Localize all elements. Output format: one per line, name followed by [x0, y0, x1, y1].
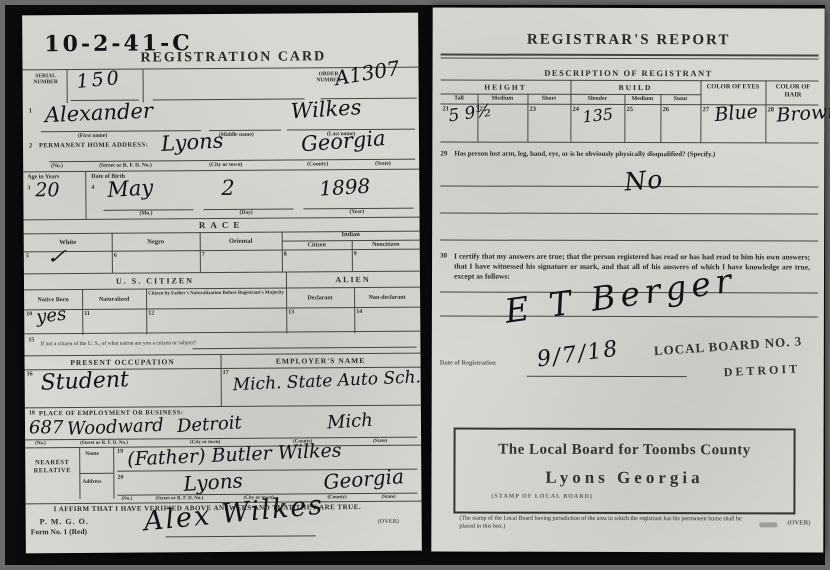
divider-line [441, 80, 819, 82]
hair-color-value: Brown [776, 100, 830, 126]
middle-name-sublabel: (Middle name) [219, 132, 254, 138]
stamp-box: The Local Board for Toombs County Lyons … [453, 428, 795, 515]
page-title: REGISTRATION CARD [140, 49, 326, 66]
report-title: REGISTRAR'S REPORT [433, 31, 825, 49]
address-sublabel-state: (State) [375, 161, 391, 167]
birth-day-value: 2 [221, 176, 235, 200]
nation-row-number: 15 [28, 337, 34, 343]
build-value: 135 [582, 104, 614, 126]
citizen-col-declarant-label: Declarant [286, 295, 354, 301]
employment-state-value: Mich [326, 410, 373, 434]
serial-number-value: 150 [76, 67, 123, 93]
relative-name-number: 19 [117, 449, 123, 455]
race-col-white-label: White [24, 239, 112, 247]
divider-line [153, 98, 305, 100]
stamp-box-footnote: (The stamp of the Local Board having jur… [459, 516, 751, 532]
tall-col-label: Tall [440, 96, 477, 102]
citizen-cell-12-number: 12 [148, 310, 154, 316]
nearest-relative-label: NEAREST RELATIVE [27, 459, 77, 474]
serial-number-label: SERIAL NUMBER [26, 73, 66, 85]
occupation-value: Student [40, 367, 129, 396]
divider-line [24, 287, 420, 291]
race-col-negro-label: Negro [112, 238, 200, 246]
address-row-number: 2 [29, 142, 32, 149]
race-col-indian-noncitizen-label: Noncitizen [352, 242, 420, 248]
citizen-col-naturalized-label: Naturalized [82, 297, 146, 303]
relative-sublabel-county: (County) [327, 495, 346, 500]
citizen-col-nondeclarant-label: Non-declarant [354, 295, 420, 301]
divider-line [24, 249, 420, 253]
divider-line [440, 316, 818, 318]
address-sublabel-county: (County) [307, 161, 328, 167]
employment-no-value: 687 [29, 417, 64, 438]
form-org-label: P. M. G. O. [40, 517, 89, 526]
divider-line [166, 535, 316, 537]
nation-question-label: If not a citizen of the U. S., of what n… [40, 340, 196, 347]
address-sublabel-street: (Street or R. F. D. No.) [99, 162, 152, 168]
citizen-col-father-label: Citizen by Father's Naturalization Befor… [148, 291, 284, 297]
divider-line [765, 80, 766, 142]
q29-text: Has person lost arm, leg, hand, eye, or … [454, 150, 814, 160]
cell-23-number: 23 [529, 106, 536, 113]
employer-header: EMPLOYER'S NAME [221, 356, 421, 366]
divider-line [660, 94, 661, 142]
illegible-form-code [759, 522, 777, 527]
home-state-value: Georgia [300, 126, 386, 156]
first-name-value: Alexander [44, 99, 153, 128]
race-section-header: RACE [24, 219, 420, 232]
divider-line [440, 240, 818, 242]
divider-line [440, 213, 818, 215]
q29-number: 29 [440, 150, 447, 158]
citizen-cell-13-number: 13 [288, 309, 294, 315]
q29-answer: No [623, 164, 664, 196]
name-row-number: 1 [29, 107, 32, 114]
stout-col-label: Stout [660, 96, 700, 102]
divider-line [113, 447, 114, 499]
divider-line [143, 69, 144, 103]
employer-number: 17 [223, 370, 229, 376]
relative-address-number: 20 [117, 475, 123, 481]
employer-value: Mich. State Auto Sch. [232, 367, 421, 395]
relative-name-value: (Father) Butler Wilkes [127, 439, 342, 470]
divider-line [79, 473, 113, 474]
birth-year-value: 1898 [319, 174, 371, 201]
divider-line [527, 376, 687, 377]
stamp-box-line2: Lyons Georgia [467, 468, 781, 489]
cell-22-number: 22 [479, 106, 486, 113]
divider-line [85, 171, 86, 219]
divider-line [441, 54, 819, 57]
race-col-indian-label: Indian [282, 231, 420, 239]
q30-number: 30 [440, 252, 447, 260]
divider-line [624, 94, 625, 142]
stamp-box-line1: The Local Board for Toombs County [468, 442, 782, 460]
slender-col-label: Slender [570, 96, 624, 102]
relative-name-label: Name [85, 451, 99, 457]
registration-date-value: 9/7/18 [535, 336, 620, 372]
divider-line [82, 289, 83, 335]
divider-line [700, 80, 701, 142]
eye-color-value: Blue [714, 100, 759, 126]
relative-city-value: Lyons [183, 468, 244, 495]
relative-state-value: Georgia [323, 464, 405, 494]
citizen-cell-14-number: 14 [356, 309, 362, 315]
relative-sublabel-no: (No.) [121, 497, 132, 502]
relative-address-label: Address [82, 479, 101, 485]
divider-line [192, 347, 416, 350]
divider-line [23, 169, 419, 173]
over-label: (OVER) [787, 519, 810, 526]
hair-group-header: COLOR OF HAIR [767, 83, 818, 98]
employment-city-value: Detroit [176, 412, 242, 437]
cell-24-number: 24 [572, 106, 579, 113]
cell-26-number: 26 [662, 106, 669, 113]
form-number-label: Form No. 1 (Red) [31, 527, 87, 536]
registration-card-page: 10-2-41-C REGISTRATION CARD SERIAL NUMBE… [22, 13, 422, 554]
race-cell-7-number: 7 [202, 252, 205, 258]
birth-sublabel-month: (Mo.) [139, 210, 152, 216]
birth-sublabel-day: (Day) [239, 210, 252, 216]
address-sublabel-city: (City or town) [209, 162, 242, 168]
divider-line [67, 69, 68, 103]
cell-25-number: 25 [626, 106, 633, 113]
native-born-answer: yes [35, 304, 67, 328]
short-col-label: Short [527, 96, 570, 102]
alien-section-header: ALIEN [286, 275, 420, 285]
race-cell-8-number: 8 [284, 252, 287, 258]
employment-number: 18 [29, 410, 35, 416]
divider-line [24, 271, 420, 275]
relative-sublabel-state: (State) [381, 495, 395, 500]
local-board-stamp: LOCAL BOARD NO. 3 [653, 333, 802, 359]
race-col-oriental-label: Oriental [200, 238, 282, 246]
race-cell-5-number: 5 [26, 253, 29, 259]
cell-28-number: 28 [767, 106, 774, 113]
divider-line [352, 240, 353, 271]
divider-line [25, 405, 421, 409]
divider-line [354, 287, 355, 333]
home-address-label: PERMANENT HOME ADDRESS: [39, 142, 148, 150]
employment-sublabel-state: (State) [373, 439, 387, 444]
address-sublabel-no: (No.) [51, 163, 63, 169]
age-value: 20 [35, 179, 59, 201]
employment-sublabel-no: (No.) [35, 441, 46, 446]
citizen-col-native-label: Native Born [24, 297, 82, 303]
us-citizen-section-header: U. S. CITIZEN [24, 276, 286, 287]
citizen-cell-11-number: 11 [84, 311, 90, 317]
over-label: (OVER) [378, 519, 399, 525]
birth-number: 4 [91, 185, 94, 191]
document-scan: 10-2-41-C REGISTRATION CARD SERIAL NUMBE… [0, 0, 830, 570]
home-city-value: Lyons [160, 128, 224, 156]
height-group-header: HEIGHT [440, 83, 570, 92]
cell-27-number: 27 [702, 106, 709, 113]
registration-date-label: Date of Registration [440, 360, 496, 367]
divider-line [24, 331, 420, 335]
employment-street-value: Woodward [67, 415, 165, 440]
medium-build-col-label: Medium [624, 96, 660, 102]
employment-sublabel-street: (Street or R. F. D. No.) [80, 441, 128, 446]
birth-month-value: May [107, 175, 154, 202]
divider-line [527, 94, 528, 142]
build-group-header: BUILD [570, 83, 700, 92]
race-cell-9-number: 9 [354, 251, 357, 257]
birth-sublabel-year: (Year) [349, 209, 364, 215]
last-name-value: Wilkes [290, 95, 362, 123]
race-cell-6-number: 6 [114, 253, 117, 259]
eyes-group-header: COLOR OF EYES [702, 83, 763, 91]
occupation-number: 16 [27, 371, 33, 377]
divider-line [440, 142, 818, 144]
age-number: 3 [27, 185, 30, 191]
race-col-indian-citizen-label: Citizen [282, 242, 352, 248]
first-name-sublabel: (First name) [78, 133, 107, 139]
citizen-cell-10-number: 10 [26, 311, 32, 317]
order-number-value: A1307 [333, 56, 401, 90]
race-white-checkmark: ✓ [43, 245, 71, 269]
occupation-header: PRESENT OCCUPATION [25, 357, 221, 367]
stamp-box-caption: (STAMP OF LOCAL BOARD) [491, 494, 593, 500]
divider-line [441, 58, 819, 60]
detroit-stamp: DETROIT [723, 361, 800, 380]
description-header: DESCRIPTION OF REGISTRANT [433, 67, 825, 78]
registrars-report-page: REGISTRAR'S REPORT DESCRIPTION OF REGIST… [431, 7, 824, 552]
height-value: 5 9½ [447, 101, 493, 127]
divider-line [570, 80, 571, 142]
